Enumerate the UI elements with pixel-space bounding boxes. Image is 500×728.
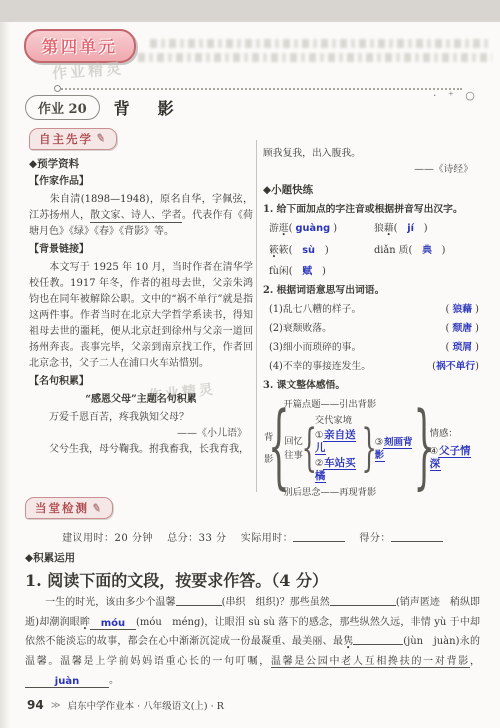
open-brace: { — [268, 431, 290, 466]
quick-drill-heading: ◆小题快练 — [263, 183, 479, 199]
definition-answer: ( 琐屑 ) — [446, 340, 479, 356]
scan-left-shadow — [0, 22, 10, 728]
bleed-through-text — [150, 39, 492, 48]
definition-label: (2)衰颓败落。 — [269, 321, 332, 337]
definition-row: (3)细小而琐碎的事。 ( 琐屑 ) — [263, 340, 479, 356]
pinyin-item: fù闲( 赋 ) — [269, 264, 374, 280]
assignment-number-pill: 作业 20 — [25, 95, 100, 120]
famous-lines-heading: 【名句积累】 — [29, 374, 253, 390]
author-works-heading: 【作家作品】 — [29, 174, 253, 190]
close-brace: } — [413, 431, 435, 466]
author-works-paragraph: 朱自清(1898—1948)，原名自华，字佩弦，江苏扬州人，散文家、诗人、学者。… — [29, 192, 253, 240]
sparkle-decoration: · ⁺ ○ — [433, 89, 479, 102]
text-structure-diagram: 背影 { 开篇点题——引出背影 回忆往事 { 交代家境 ①亲自送儿 ②车站买橘 … — [263, 398, 479, 496]
left-column: 自主先学 ✎ ◆预学资料 【作家作品】 朱自清(1898—1948)，原名自华，… — [29, 128, 253, 494]
right-column: 顾我复我，出入腹我。 ——《诗经》 ◆小题快练 1. 给下面加点的字注音或根据拼… — [263, 146, 479, 496]
quote-1: 万爱千恩百苦，疼我孰知父母？ — [29, 410, 253, 426]
background-link-heading: 【背景链接】 — [29, 242, 253, 258]
diagram-inner-top: 交代家境 — [315, 414, 352, 427]
watermark: 作业精灵 — [51, 58, 124, 84]
definition-row: (2)衰颓败落。 ( 颓唐 ) — [263, 321, 479, 337]
test-question-1-passage: 一生的时光，该由多少个温馨(串织 组织)？那些虽然(销声匿迹 稍纵即逝)却潮润眼… — [25, 593, 480, 691]
pencil-icon: ✎ — [94, 130, 108, 148]
definition-label: (1)乱七八糟的样子。 — [269, 302, 361, 318]
close-brace: } — [361, 435, 376, 462]
page-footer: 94 ≫ 启东中学作业本 · 八年级语文(上) · R — [27, 698, 224, 712]
preview-material-heading: ◆预学资料 — [29, 156, 253, 172]
diagram-opening-line: 开篇点题——引出背影 — [283, 398, 419, 411]
workbook-page: 第四单元 作业精灵 作业精灵 · ⁺ ○ 作业 20 背 影 自主先学 ✎ ◆预… — [0, 0, 500, 728]
pinyin-items: 游逛( guàng ) 狼藉( jí ) 簌簌( sù ) diǎn 质( 典 … — [269, 221, 479, 280]
page-number: 94 — [27, 698, 44, 712]
column-divider — [256, 140, 257, 492]
class-test-badge: 当堂检测 ✎ — [25, 497, 113, 519]
question-2-prompt: 2. 根据词语意思写出词语。 — [263, 283, 479, 299]
question-3-prompt: 3. 课文整体感悟。 — [263, 378, 479, 394]
definition-row: (4)不幸的事接连发生。 (祸不单行) — [263, 359, 479, 375]
pinyin-item: 游逛( guàng ) — [269, 221, 374, 237]
definition-label: (3)细小而琐碎的事。 — [269, 340, 361, 356]
question-1-prompt: 1. 给下面加点的字注音或根据拼音写出汉字。 — [263, 202, 479, 218]
assignment-header: 作业 20 背 影 — [25, 95, 180, 120]
definition-answer: (祸不单行) — [432, 359, 479, 375]
definition-answer: ( 颓唐 ) — [446, 321, 479, 337]
diagram-answer-1: ①亲自送儿 — [315, 429, 364, 455]
self-study-badge: 自主先学 ✎ — [29, 128, 117, 150]
diagram-emotion-label: 情感： — [430, 427, 479, 440]
class-test-badge-label: 当堂检测 — [35, 500, 89, 516]
quote-2-start: 父兮生我，母兮鞠我。拊我畜我，长我育我， — [29, 442, 253, 458]
header-dotted-rule — [58, 88, 462, 90]
background-paragraph: 本文写于 1925 年 10 月，当时作者在清华学校任教。1917 年冬，作者的… — [29, 260, 253, 372]
definition-answer: ( 狼藉 ) — [446, 302, 479, 318]
pinyin-item: diǎn 质( 典 ) — [374, 243, 479, 259]
scan-top-shadow — [0, 0, 500, 22]
quote-1-source: ——《小儿语》 — [29, 426, 253, 442]
self-study-badge-label: 自主先学 — [39, 131, 93, 147]
bleed-through-text — [138, 53, 492, 62]
accumulation-heading: ◆积累运用 — [25, 550, 480, 565]
diagram-answer-2: ②车站买橘 — [315, 457, 364, 483]
pinyin-item: 狼藉( jí ) — [374, 221, 479, 237]
test-question-1-prompt: 1. 阅读下面的文段，按要求作答。（4 分） — [25, 568, 480, 591]
pencil-icon: ✎ — [91, 500, 105, 515]
quote-2-source: ——《诗经》 — [263, 162, 479, 178]
diagram-closing-line: 别后思念——再现背影 — [283, 486, 419, 496]
famous-lines-title: “感恩父母”主题名句积累 — [29, 392, 253, 408]
footer-separator: ≫ — [51, 700, 61, 711]
rule-end-ring — [54, 85, 61, 92]
test-info-line: 建议用时：20 分钟 总分：33 分 实际用时： 得分： — [25, 529, 480, 544]
definition-label: (4)不幸的事接连发生。 — [269, 359, 371, 375]
diagram-answer-4: ④父子情深 — [430, 445, 479, 471]
definition-row: (1)乱七八糟的样子。 ( 狼藉 ) — [263, 302, 479, 318]
assignment-title: 背 影 — [114, 96, 180, 119]
class-test-section: 当堂检测 ✎ 建议用时：20 分钟 总分：33 分 实际用时： 得分： ◆积累运… — [25, 497, 480, 691]
footer-text: 启东中学作业本 · 八年级语文(上) · R — [68, 698, 224, 712]
pinyin-item: 簌簌( sù ) — [269, 243, 374, 259]
open-brace: { — [302, 435, 317, 462]
quote-2-continuation: 顾我复我，出入腹我。 — [263, 146, 479, 162]
